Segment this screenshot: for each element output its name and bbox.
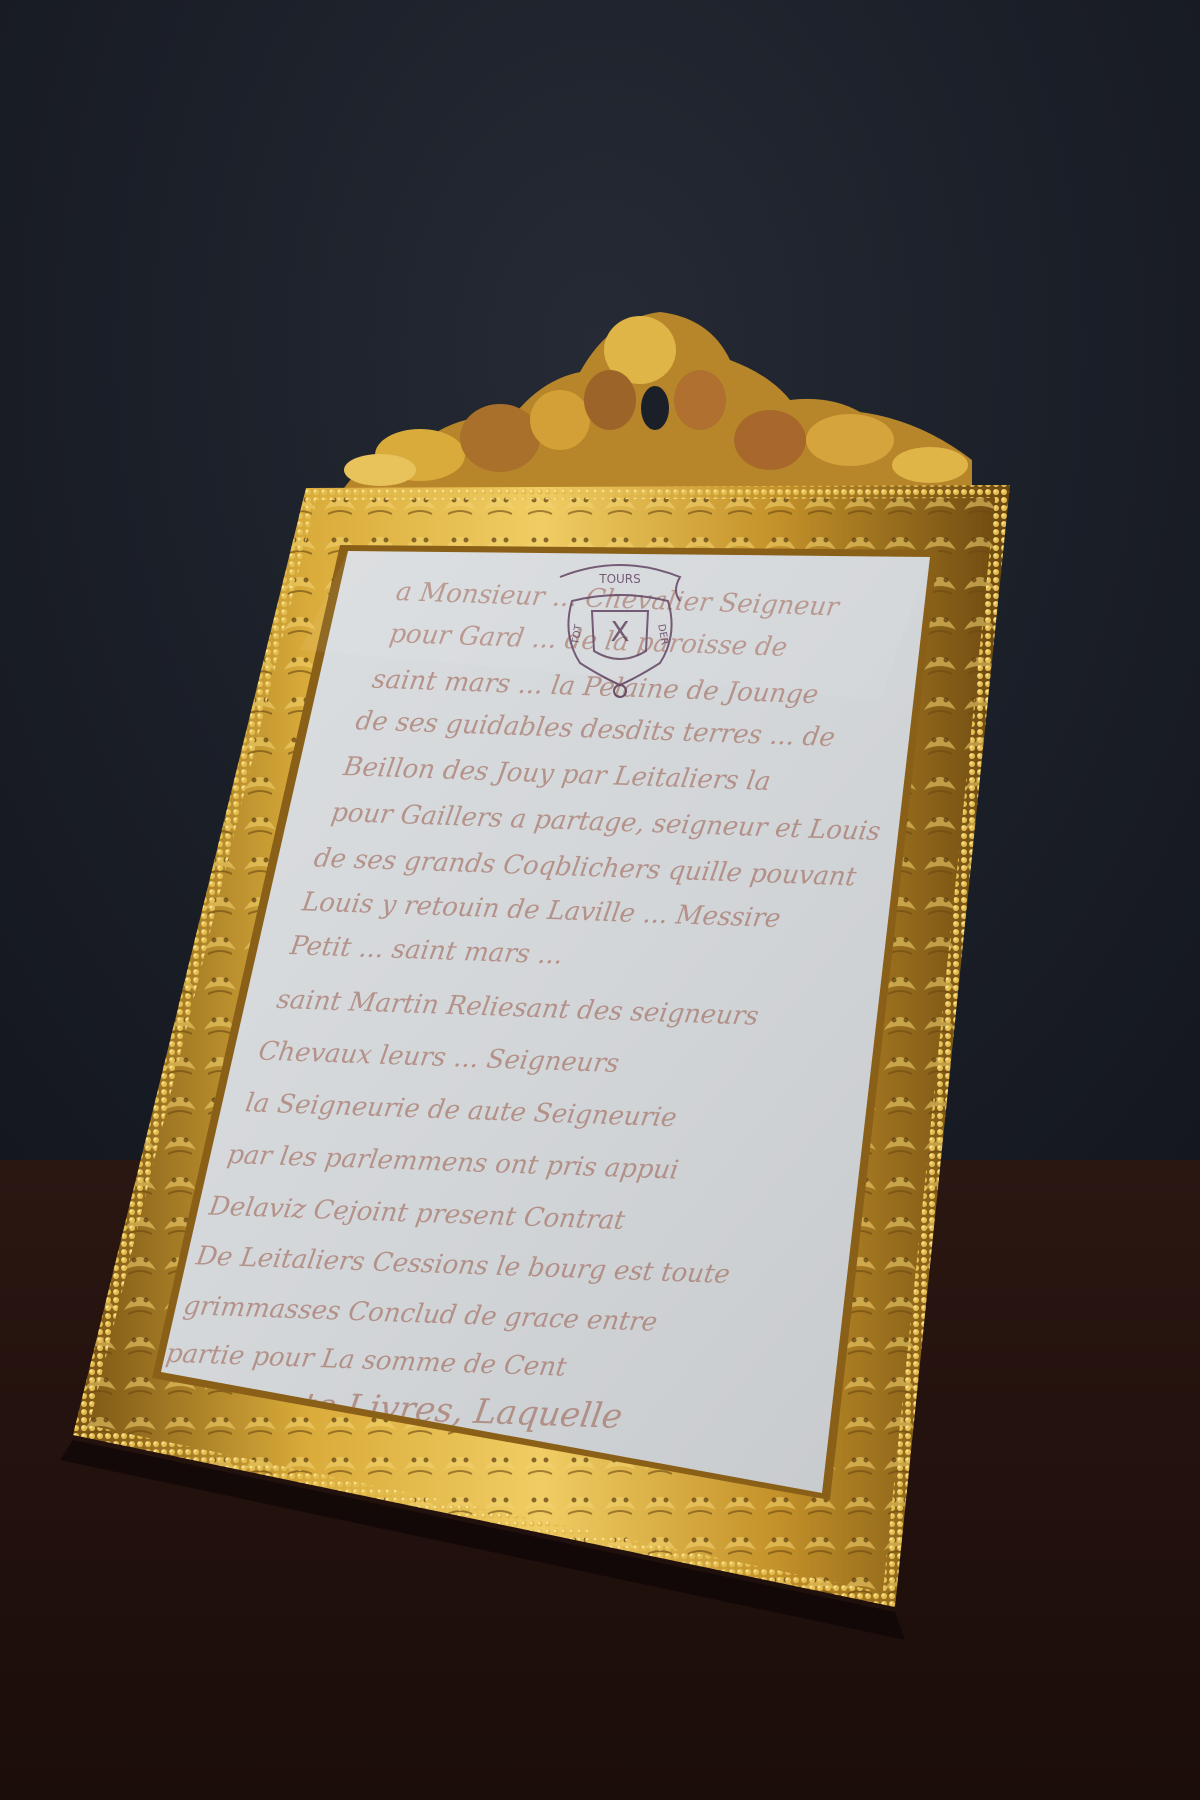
framed-document: a Monsieur ... Chevalier Seigneur pour G…	[0, 0, 1200, 1800]
floral-garland-crest	[344, 312, 972, 488]
photograph: a Monsieur ... Chevalier Seigneur pour G…	[0, 0, 1200, 1800]
